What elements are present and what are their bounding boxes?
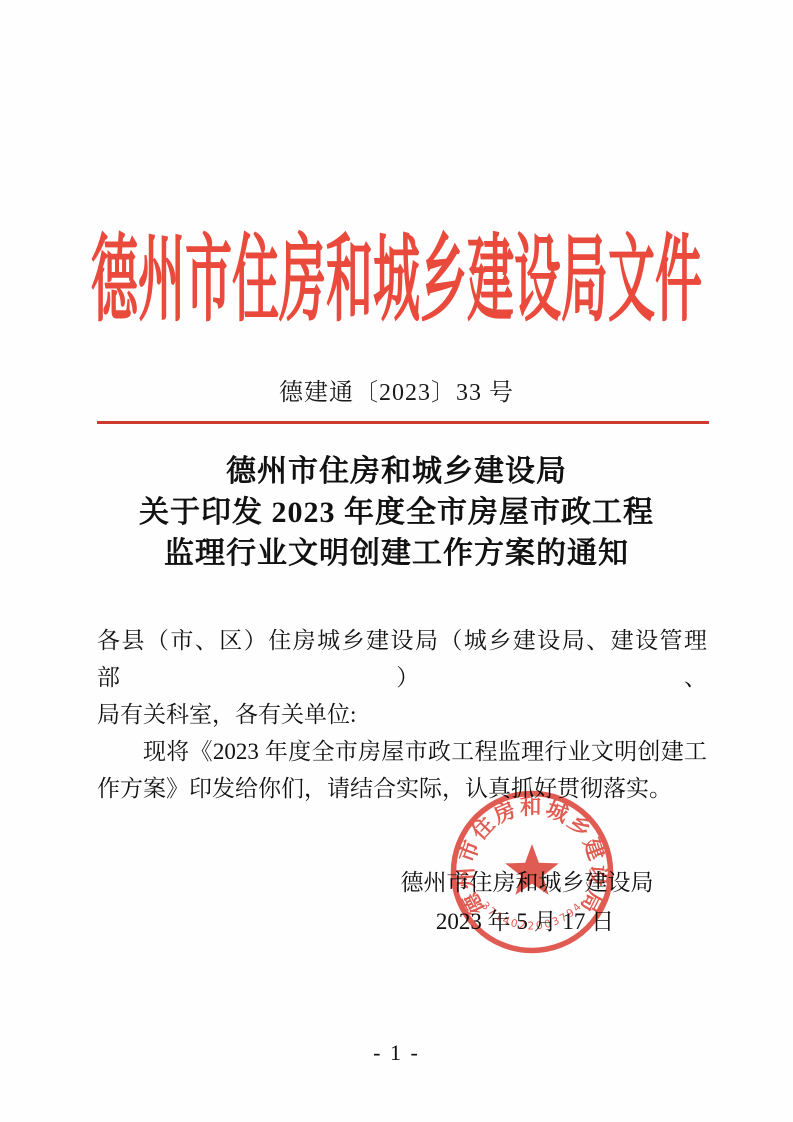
notice-title-line-2: 关于印发 2023 年度全市房屋市政工程 [0, 492, 793, 533]
document-page: 德州市住房和城乡建设局文件 德建通〔2023〕33 号 德州市住房和城乡建设局 … [0, 0, 793, 1122]
official-seal: 德州市住房和城乡建设局 3714022003794 [441, 781, 623, 963]
masthead-title-text: 德州市住房和城乡建设局文件 [91, 231, 702, 332]
salutation-line-2: 局有关科室，各有关单位: [97, 696, 707, 733]
document-number: 德建通〔2023〕33 号 [0, 372, 793, 407]
salutation-line-1: 各县（市、区）住房城乡建设局（城乡建设局、建设管理部）、 [97, 622, 707, 696]
page-number: - 1 - [0, 1040, 793, 1066]
star-icon [505, 844, 559, 895]
notice-title: 德州市住房和城乡建设局 关于印发 2023 年度全市房屋市政工程 监理行业文明创… [0, 451, 793, 574]
red-divider-line [97, 421, 709, 424]
notice-title-line-3: 监理行业文明创建工作方案的通知 [0, 533, 793, 574]
masthead-title: 德州市住房和城乡建设局文件 [0, 231, 793, 335]
body-text: 各县（市、区）住房城乡建设局（城乡建设局、建设管理部）、 局有关科室，各有关单位… [97, 622, 707, 807]
notice-title-line-1: 德州市住房和城乡建设局 [0, 451, 793, 492]
seal-code-text: 3714022003794 [479, 900, 586, 933]
